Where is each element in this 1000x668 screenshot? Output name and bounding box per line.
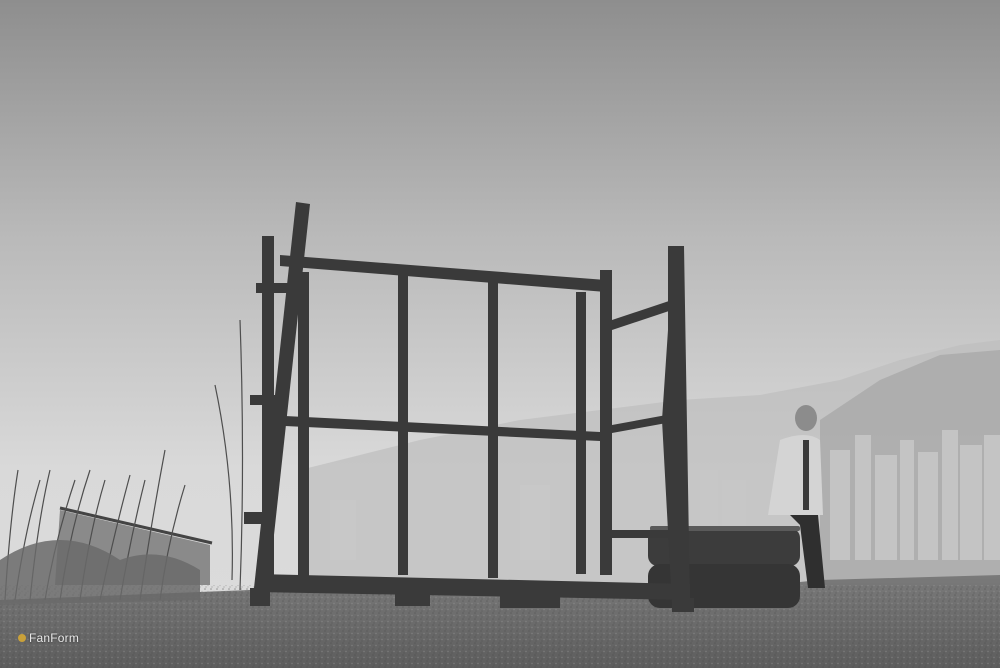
photograph: FanForm	[0, 0, 1000, 668]
watermark-text: FanForm	[29, 631, 79, 645]
dot-icon	[18, 634, 26, 642]
photo-scene	[0, 0, 1000, 668]
watermark: FanForm	[18, 631, 79, 645]
